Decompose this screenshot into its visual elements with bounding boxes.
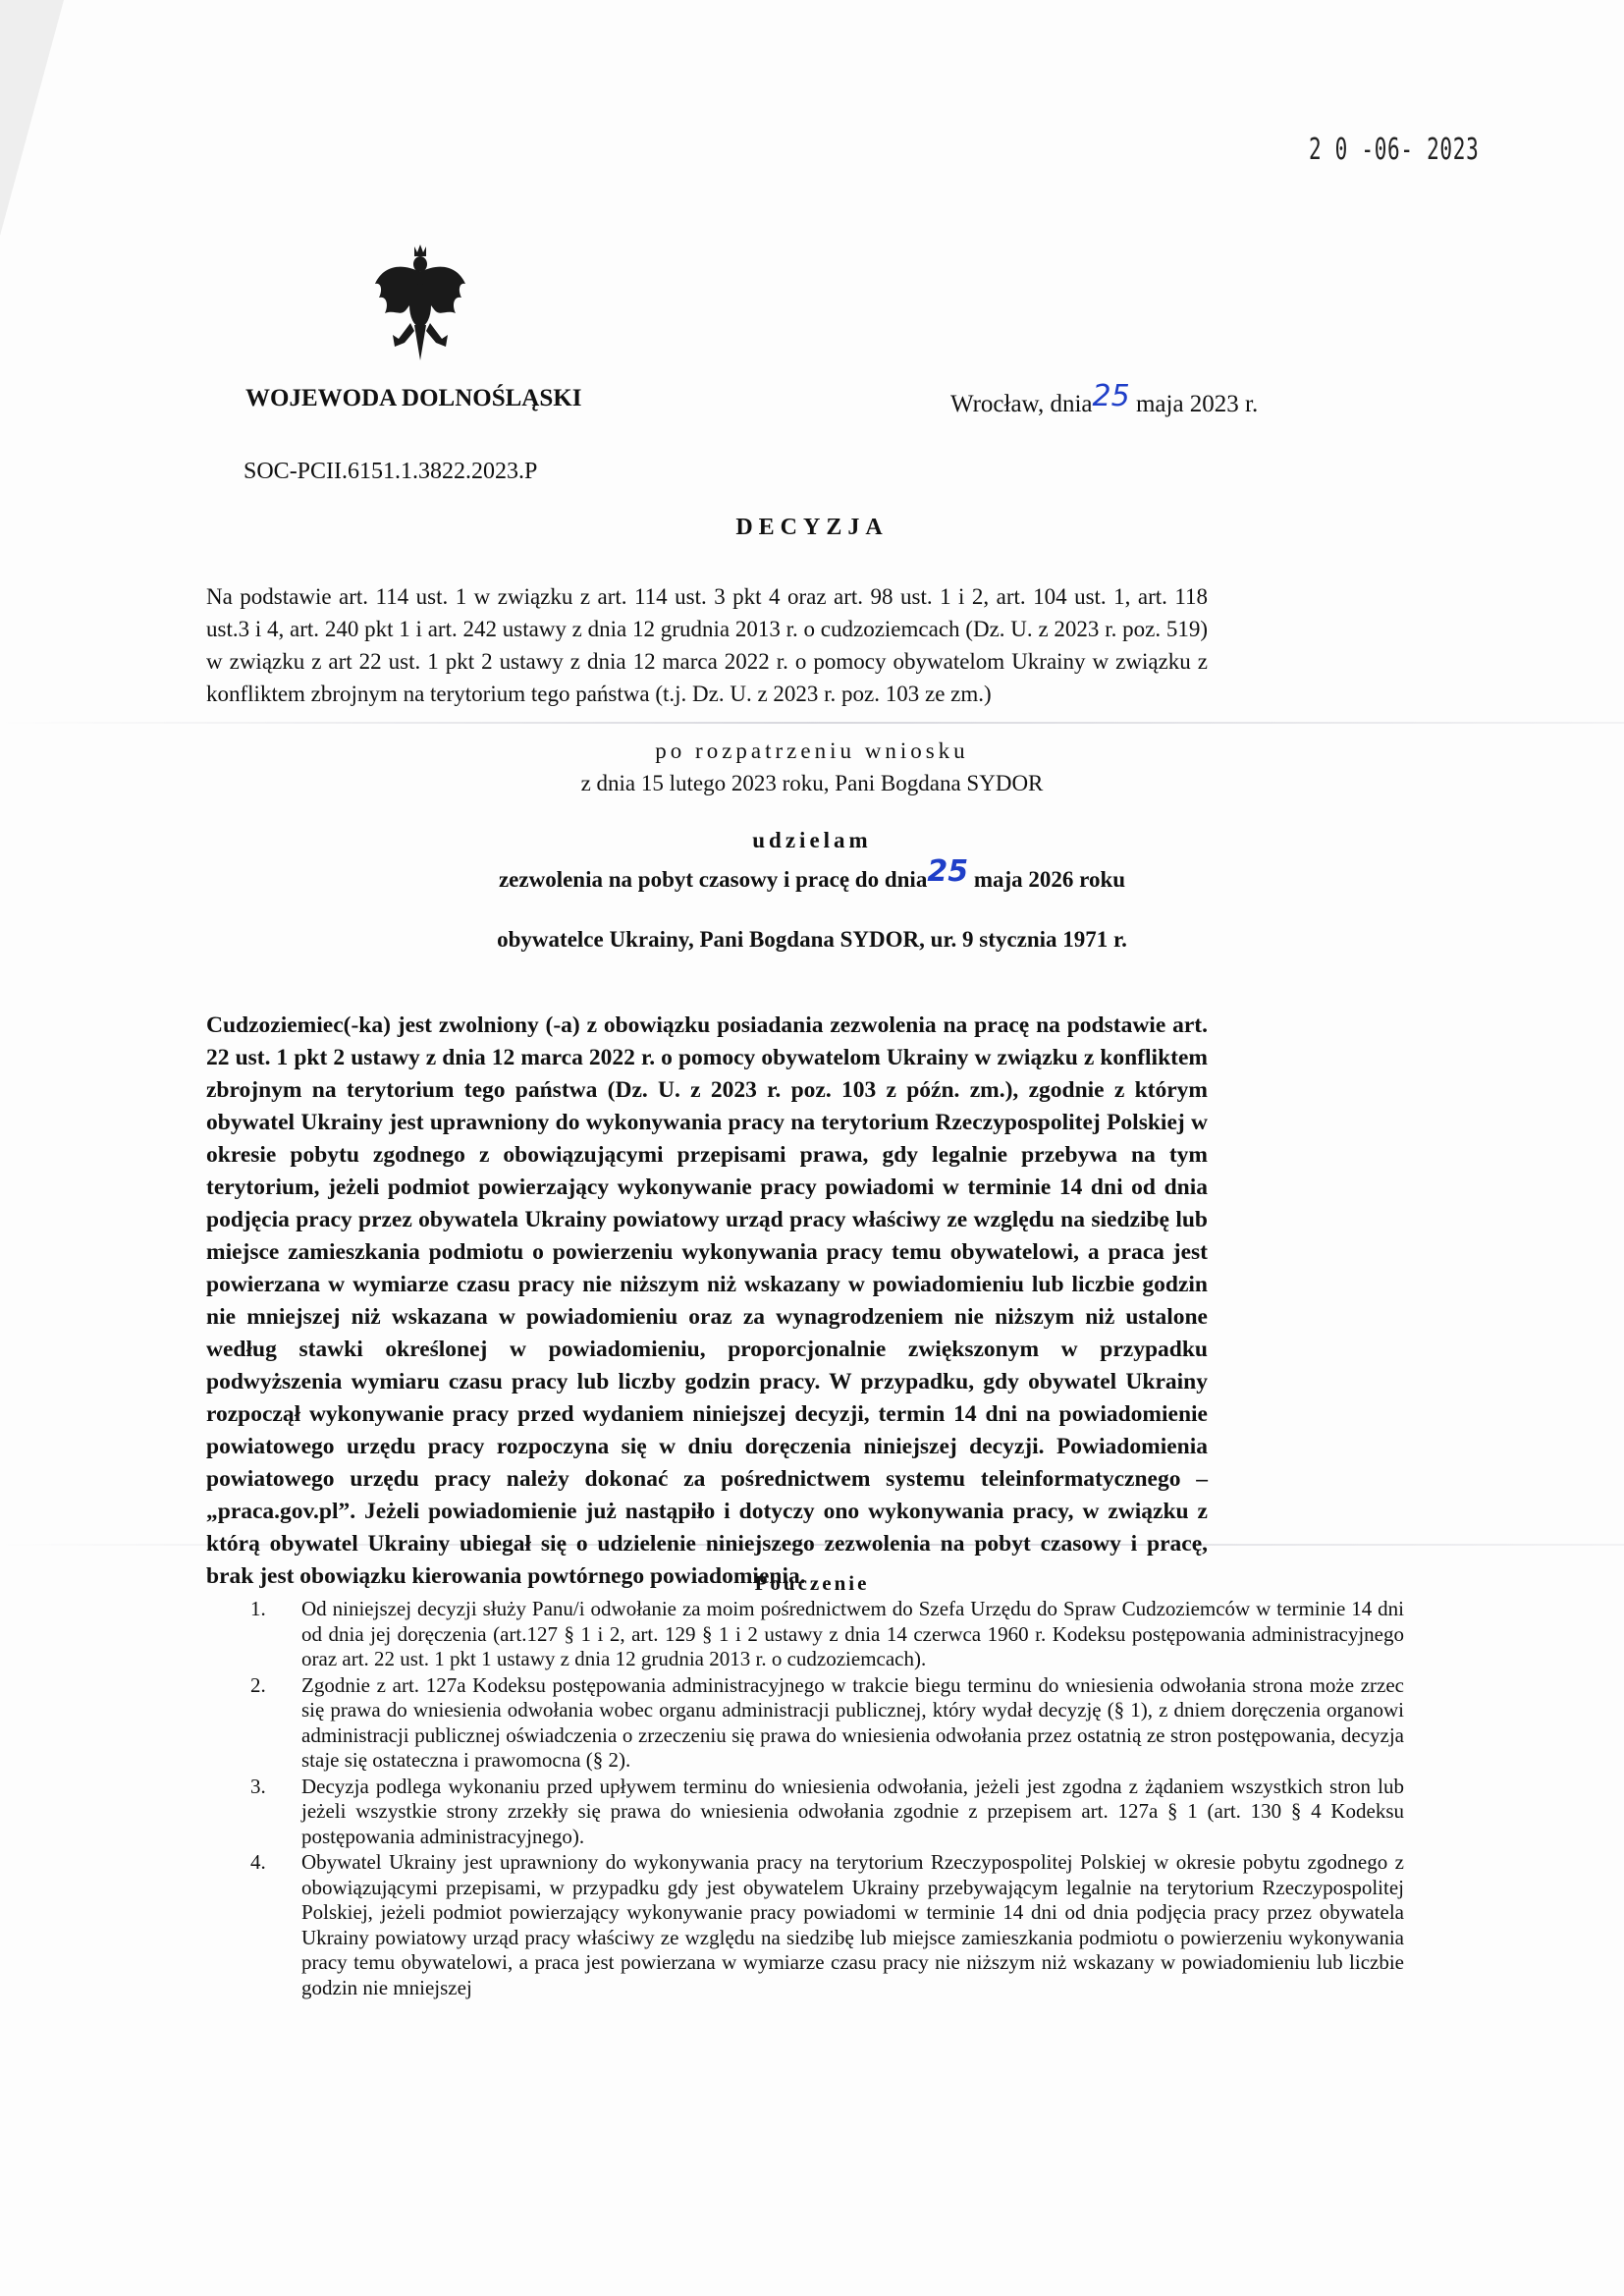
instructions-title: Pouczenie xyxy=(0,1571,1624,1596)
instructions-list: 1. Od niniejszej decyzji służy Panu/i od… xyxy=(250,1597,1404,2001)
page-folded-corner xyxy=(0,0,64,236)
polish-eagle-emblem-icon xyxy=(371,241,469,368)
application-details: z dnia 15 lutego 2023 roku, Pani Bogdana… xyxy=(0,771,1624,796)
fold-line xyxy=(0,722,1624,724)
handwritten-day: 25 xyxy=(1093,379,1130,413)
permit-recipient: obywatelce Ukrainy, Pani Bogdana SYDOR, … xyxy=(0,927,1624,953)
receipt-date-stamp: 2 0 -06- 2023 xyxy=(1309,133,1479,167)
permit-validity: zezwolenia na pobyt czasowy i pracę do d… xyxy=(0,860,1624,895)
place-prefix: Wrocław, dnia xyxy=(950,391,1093,417)
handwritten-day: 25 xyxy=(927,854,968,889)
list-item: 4. Obywatel Ukrainy jest uprawniony do w… xyxy=(250,1850,1404,2000)
application-heading: po rozpatrzeniu wniosku xyxy=(0,738,1624,764)
place-suffix: maja 2023 r. xyxy=(1136,391,1258,417)
document-title: DECYZJA xyxy=(0,515,1624,541)
issuing-authority: WOJEWODA DOLNOŚLĄSKI xyxy=(245,385,581,412)
list-item: 3. Decyzja podlega wykonaniu przed upływ… xyxy=(250,1775,1404,1850)
work-permit-exemption-paragraph: Cudzoziemiec(-ka) jest zwolniony (-a) z … xyxy=(206,1010,1208,1593)
permit-prefix: zezwolenia na pobyt czasowy i pracę do d… xyxy=(499,867,927,892)
permit-suffix: maja 2026 roku xyxy=(974,867,1125,892)
list-item: 1. Od niniejszej decyzji służy Panu/i od… xyxy=(250,1597,1404,1672)
grant-verb: udzielam xyxy=(0,828,1624,853)
place-and-date: Wrocław, dnia25 maja 2023 r. xyxy=(950,385,1258,419)
case-number: SOC-PCII.6151.1.3822.2023.P xyxy=(244,459,537,485)
list-item: 2. Zgodnie z art. 127a Kodeksu postępowa… xyxy=(250,1673,1404,1774)
legal-basis-paragraph: Na podstawie art. 114 ust. 1 w związku z… xyxy=(206,580,1208,710)
